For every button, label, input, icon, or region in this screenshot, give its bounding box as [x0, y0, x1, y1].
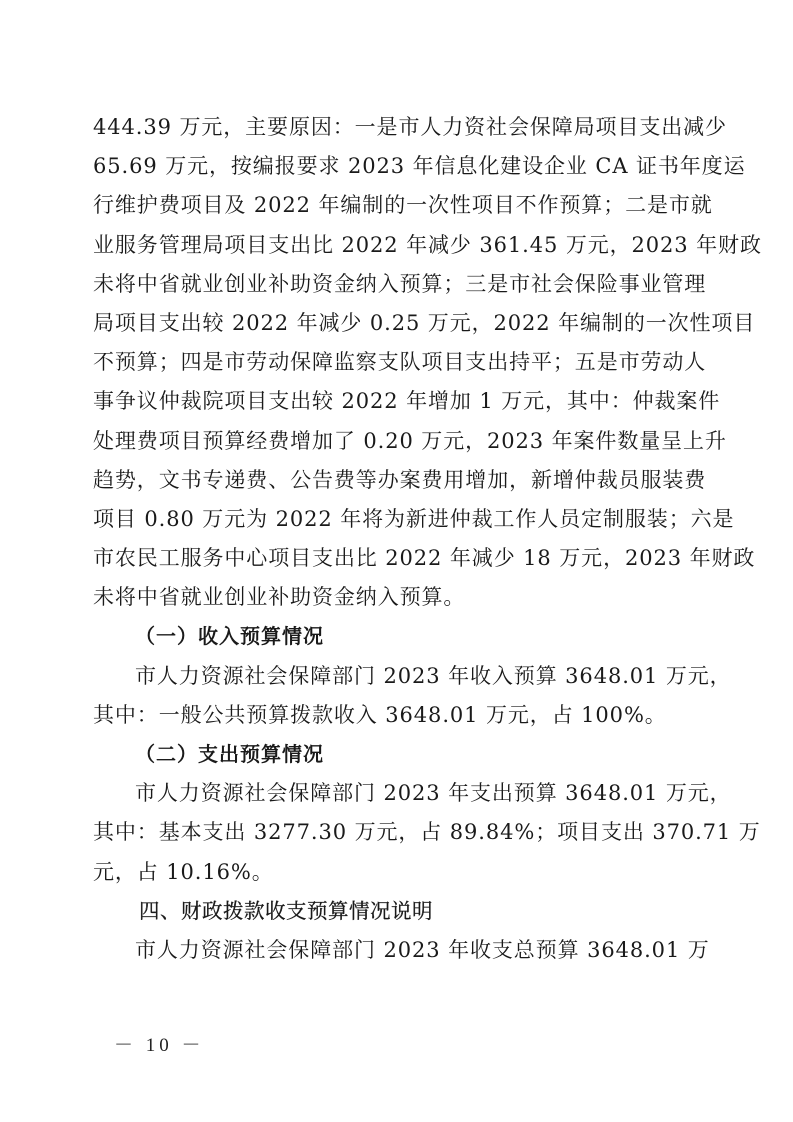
text-line: 未将中省就业创业补助资金纳入预算；三是市社会保险事业管理 [93, 265, 703, 304]
text-line: 其中：一般公共预算拨款收入 3648.01 万元，占 100%。 [93, 696, 703, 735]
page-number: － 10 － [114, 1030, 205, 1057]
section-expense-budget: （二）支出预算情况 市人力资源社会保障部门 2023 年支出预算 3648.01… [93, 735, 703, 892]
text-line: 444.39 万元，主要原因：一是市人力资社会保障局项目支出减少 [93, 108, 703, 147]
text-line: 市农民工服务中心项目支出比 2022 年减少 18 万元，2023 年财政 [93, 539, 703, 578]
text-line: 未将中省就业创业补助资金纳入预算。 [93, 578, 703, 617]
text-line: 趋势，文书专递费、公告费等办案费用增加，新增仲裁员服装费 [93, 461, 703, 500]
text-line: 65.69 万元，按编报要求 2023 年信息化建设企业 CA 证书年度运 [93, 147, 703, 186]
paragraph-budget-reasons: 444.39 万元，主要原因：一是市人力资社会保障局项目支出减少 65.69 万… [93, 108, 703, 617]
text-line: 行维护费项目及 2022 年编制的一次性项目不作预算；二是市就 [93, 186, 703, 225]
section-heading-income: （一）收入预算情况 [93, 617, 703, 656]
text-line: 事争议仲裁院项目支出较 2022 年增加 1 万元，其中：仲裁案件 [93, 382, 703, 421]
text-line: 其中：基本支出 3277.30 万元，占 89.84%；项目支出 370.71 … [93, 813, 703, 852]
text-line: 元，占 10.16%。 [93, 853, 703, 892]
section-fiscal-appropriation: 四、财政拨款收支预算情况说明 市人力资源社会保障部门 2023 年收支总预算 3… [93, 892, 703, 970]
text-line: 市人力资源社会保障部门 2023 年支出预算 3648.01 万元， [93, 774, 703, 813]
text-line: 局项目支出较 2022 年减少 0.25 万元，2022 年编制的一次性项目 [93, 304, 703, 343]
text-line: 项目 0.80 万元为 2022 年将为新进仲裁工作人员定制服装；六是 [93, 500, 703, 539]
text-line: 处理费项目预算经费增加了 0.20 万元，2023 年案件数量呈上升 [93, 422, 703, 461]
document-page: 444.39 万元，主要原因：一是市人力资社会保障局项目支出减少 65.69 万… [93, 108, 703, 970]
text-line: 市人力资源社会保障部门 2023 年收入预算 3648.01 万元， [93, 657, 703, 696]
text-line: 不预算；四是市劳动保障监察支队项目支出持平；五是市劳动人 [93, 343, 703, 382]
text-line: 业服务管理局项目支出比 2022 年减少 361.45 万元，2023 年财政 [93, 226, 703, 265]
section-heading-fiscal: 四、财政拨款收支预算情况说明 [93, 892, 703, 931]
section-income-budget: （一）收入预算情况 市人力资源社会保障部门 2023 年收入预算 3648.01… [93, 617, 703, 735]
text-line: 市人力资源社会保障部门 2023 年收支总预算 3648.01 万 [93, 931, 703, 970]
section-heading-expense: （二）支出预算情况 [93, 735, 703, 774]
